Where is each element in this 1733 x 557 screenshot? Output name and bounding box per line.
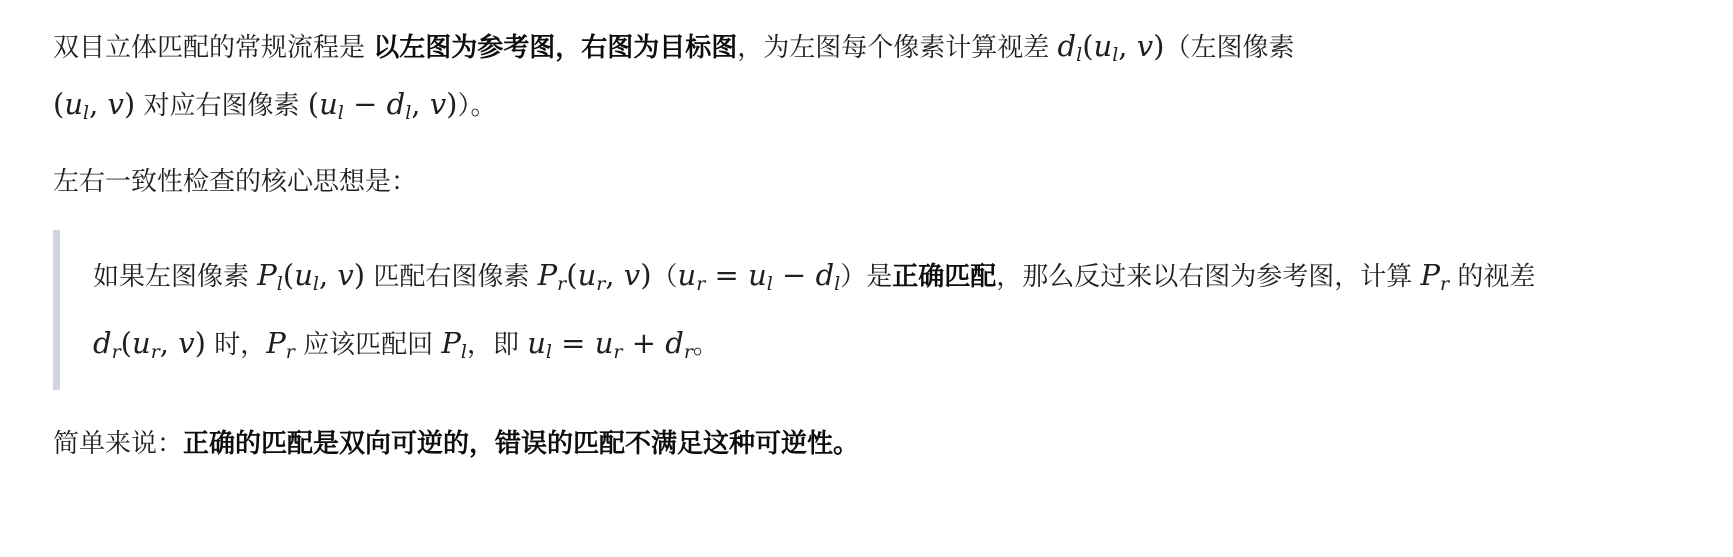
paragraph-summary: 简单来说：正确的匹配是双向可逆的，错误的匹配不满足这种可逆性。 (53, 416, 1693, 472)
text: 双目立体匹配的常规流程是 (53, 33, 373, 63)
blockquote-lr-consistency: 如果左图像素 Pl(ul, v) 匹配右图像素 Pr(ur, v)（ur = u… (53, 230, 1653, 390)
text: 对应右图像素 (135, 91, 308, 121)
math-pl: Pl(ul, v) (257, 258, 365, 292)
math-pl: Pl (441, 326, 467, 360)
math-ul-equation: ul = ur + dr (527, 326, 693, 360)
math-pr: Pr (266, 326, 295, 360)
bold-correct-match: 正确匹配 (892, 262, 996, 292)
math-left-disparity: dl(ul, v) (1058, 29, 1165, 63)
math-pr: Pr(ur, v) (538, 258, 652, 292)
bold-reference-images: 以左图为参考图，右图为目标图 (373, 33, 737, 63)
math-right-pixel: (ul − dl, v) (308, 87, 458, 121)
text: ）。 (457, 91, 496, 121)
paragraph-lr-check-intro: 左右一致性检查的核心思想是： (53, 154, 1693, 210)
math-right-disparity: dr(ur, v) (93, 326, 206, 360)
paragraph-stereo-matching-flow: 双目立体匹配的常规流程是 以左图为参考图，右图为目标图，为左图每个像素计算视差 … (53, 0, 1693, 134)
bold-summary: 正确的匹配是双向可逆的，错误的匹配不满足这种可逆性。 (183, 429, 859, 459)
text: （左图像素 (1164, 33, 1294, 63)
text: ，为左图每个像素计算视差 (737, 33, 1057, 63)
math-pr: Pr (1421, 258, 1450, 292)
math-left-pixel: (ul, v) (53, 87, 135, 121)
document-body: 双目立体匹配的常规流程是 以左图为参考图，右图为目标图，为左图每个像素计算视差 … (0, 0, 1733, 472)
math-ur-equation: ur = ul − dl (678, 258, 841, 292)
blockquote-text: 如果左图像素 Pl(ul, v) 匹配右图像素 Pr(ur, v)（ur = u… (93, 242, 1653, 378)
